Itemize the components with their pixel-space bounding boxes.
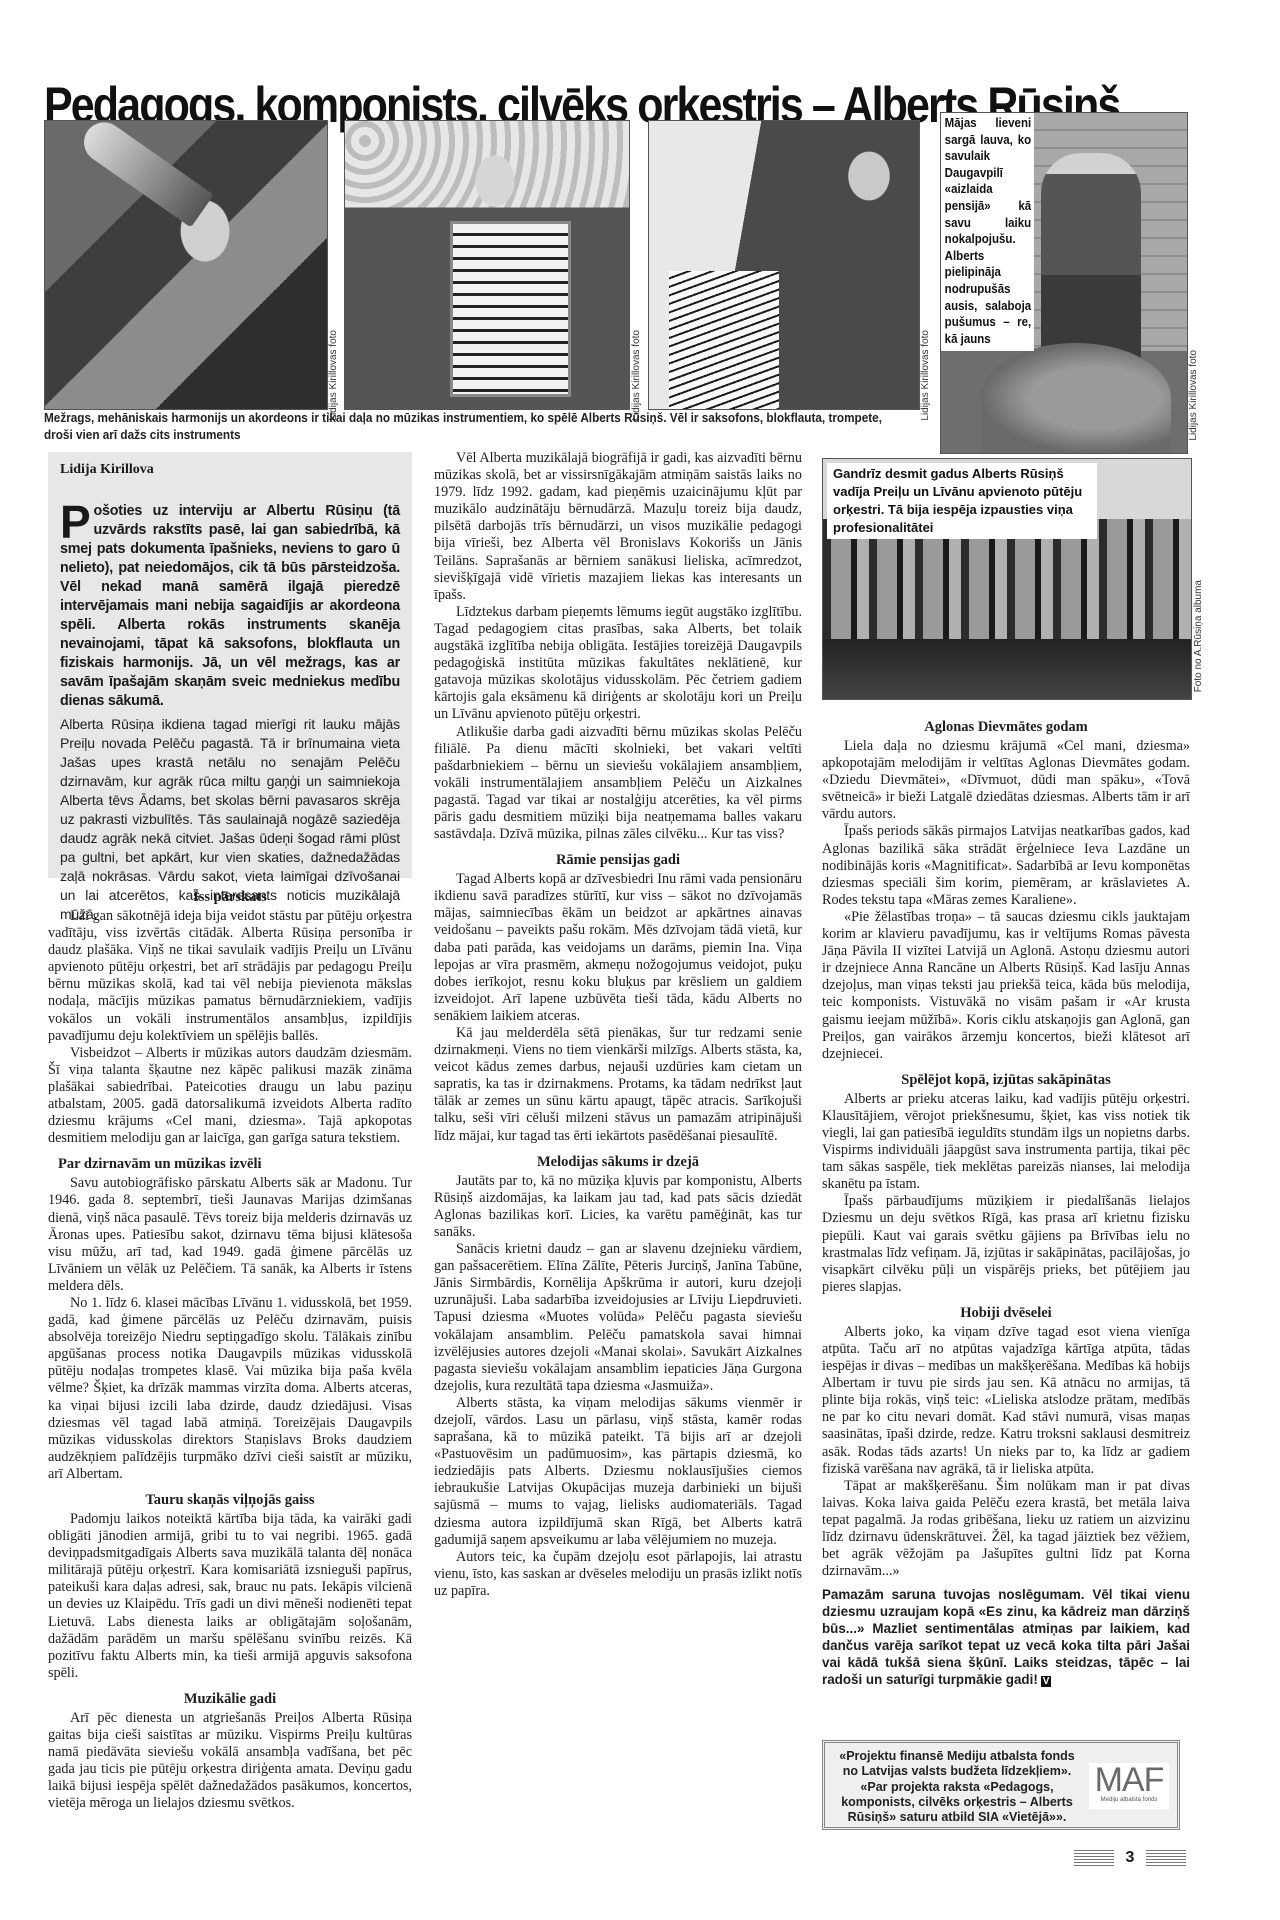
- funding-notice: «Projektu finansē Mediju atbalsta fonds …: [822, 1740, 1180, 1830]
- decorative-lines: [1146, 1850, 1186, 1868]
- paragraph: Autors teic, ka čupām dzejoļu esot pārla…: [434, 1549, 802, 1600]
- paragraph: Alberts joko, ka viņam dzīve tagad esot …: [822, 1324, 1190, 1478]
- paragraph: Lai gan sākotnējā ideja bija veidot stās…: [48, 908, 412, 1045]
- paragraph: Padomju laikos noteiktā kārtība bija tād…: [48, 1511, 412, 1682]
- lead-text: ošoties uz interviju ar Albertu Rūsiņu (…: [60, 503, 400, 709]
- closing-text: Pamazām saruna tuvojas noslēgumam. Vēl t…: [822, 1587, 1190, 1687]
- subheading: Muzikālie gadi: [48, 1690, 412, 1708]
- subheading: Aglonas Dievmātes godam: [822, 718, 1190, 736]
- page-number-value: 3: [1114, 1848, 1146, 1868]
- photo-credit: Lidijas Kirillovas foto: [631, 330, 642, 421]
- paragraph: Īpašs pārbaudījums mūziķiem ir piedalīša…: [822, 1193, 1190, 1296]
- drop-cap: P: [60, 503, 90, 541]
- end-mark-icon: V: [1041, 1676, 1052, 1687]
- subheading: Par dzirnavām un mūzikas izvēli: [48, 1155, 412, 1173]
- intro-box: Lidija Kirillova Pošoties uz interviju a…: [48, 452, 412, 878]
- maf-logo: MAF Mediju atbalsta fonds: [1089, 1763, 1169, 1809]
- funding-text: «Projektu finansē Mediju atbalsta fonds …: [831, 1749, 1083, 1825]
- maf-logo-text: MAF: [1089, 1763, 1169, 1797]
- paragraph: Sanācis krietni daudz – gan ar slavenu d…: [434, 1241, 802, 1395]
- paragraph: Savu autobiogrāfisko pārskatu Alberts sā…: [48, 1175, 412, 1295]
- subheading: Hobiji dvēselei: [822, 1304, 1190, 1322]
- photo-row-caption: Mežrags, mehāniskais harmonijs un akorde…: [44, 410, 890, 444]
- paragraph: Kā jau melderdēla sētā pienākas, šur tur…: [434, 1025, 802, 1145]
- closing-paragraph: Pamazām saruna tuvojas noslēgumam. Vēl t…: [822, 1586, 1190, 1688]
- subheading: Īss pārskats: [48, 888, 412, 906]
- photo-piano: [648, 120, 920, 410]
- maf-logo-subtitle: Mediju atbalsta fonds: [1089, 1797, 1169, 1803]
- piano-image: [649, 121, 919, 409]
- photo-credit: Lidijas Kirillovas foto: [328, 330, 339, 421]
- photo-lion: Mājas lieveni sargā lauva, ko savulaik D…: [940, 112, 1188, 454]
- paragraph: «Pie žēlastības troņa» – tā saucas dzies…: [822, 909, 1190, 1063]
- paragraph: Arī pēc dienesta un atgriešanās Preiļos …: [48, 1710, 412, 1813]
- photo-credit: Foto no A.Rūsiņa albuma: [1193, 580, 1204, 692]
- paragraph: Līdztekus darbam pieņemts lēmums iegūt a…: [434, 604, 802, 724]
- paragraph: Īpašs periods sākās pirmajos Latvijas ne…: [822, 823, 1190, 908]
- paragraph: Jautāts par to, kā no mūziķa kļuvis par …: [434, 1173, 802, 1241]
- horn-image: [45, 121, 327, 409]
- band-photo-caption: Gandrīz desmit gadus Alberts Rūsiņš vadī…: [827, 463, 1097, 539]
- accordion-image: [345, 121, 629, 409]
- paragraph: Tāpat ar makšķerēšanu. Šim nolūkam man i…: [822, 1478, 1190, 1581]
- paragraph: Alberts ar prieku atceras laiku, kad vad…: [822, 1091, 1190, 1194]
- subheading: Tauru skaņās viļņojās gaiss: [48, 1491, 412, 1509]
- newspaper-page: Pedagogs, komponists, cilvēks orķestris …: [0, 0, 1280, 1920]
- paragraph: Vēl Alberta muzikālajā biogrāfijā ir gad…: [434, 450, 802, 604]
- column-3: Aglonas Dievmātes godam Liela daļa no dz…: [822, 718, 1190, 1688]
- lion-photo-caption: Mājas lieveni sargā lauva, ko savulaik D…: [941, 113, 1034, 351]
- subheading: Rāmie pensijas gadi: [434, 851, 802, 869]
- paragraph: Atlikušie darba gadi aizvadīti bērnu mūz…: [434, 724, 802, 844]
- photo-horn: [44, 120, 328, 410]
- photo-accordion: [344, 120, 630, 410]
- subheading: Melodijas sākums ir dzejā: [434, 1153, 802, 1171]
- page-number: 3: [1074, 1848, 1186, 1868]
- column-1: Īss pārskats Lai gan sākotnējā ideja bij…: [48, 886, 412, 1813]
- paragraph: Tagad Alberts kopā ar dzīvesbiedri Inu r…: [434, 871, 802, 1025]
- paragraph: Alberts stāsta, ka viņam melodijas sākum…: [434, 1395, 802, 1549]
- paragraph: No 1. līdz 6. klasei mācības Līvānu 1. v…: [48, 1295, 412, 1483]
- author-byline: Lidija Kirillova: [60, 462, 400, 502]
- photo-credit: Lidijas Kirillovas foto: [1188, 350, 1199, 441]
- decorative-lines: [1074, 1850, 1114, 1868]
- photo-credit: Lidijas Kirillovas foto: [920, 330, 931, 421]
- column-2: Vēl Alberta muzikālajā biogrāfijā ir gad…: [434, 450, 802, 1600]
- photo-band: Gandrīz desmit gadus Alberts Rūsiņš vadī…: [822, 458, 1192, 700]
- paragraph: Liela daļa no dziesmu krājumā «Cel mani,…: [822, 738, 1190, 823]
- paragraph: Visbeidzot – Alberts ir mūzikas autors d…: [48, 1045, 412, 1148]
- subheading: Spēlējot kopā, izjūtas sakāpinātas: [822, 1071, 1190, 1089]
- lead-paragraph: Pošoties uz interviju ar Albertu Rūsiņu …: [60, 502, 400, 711]
